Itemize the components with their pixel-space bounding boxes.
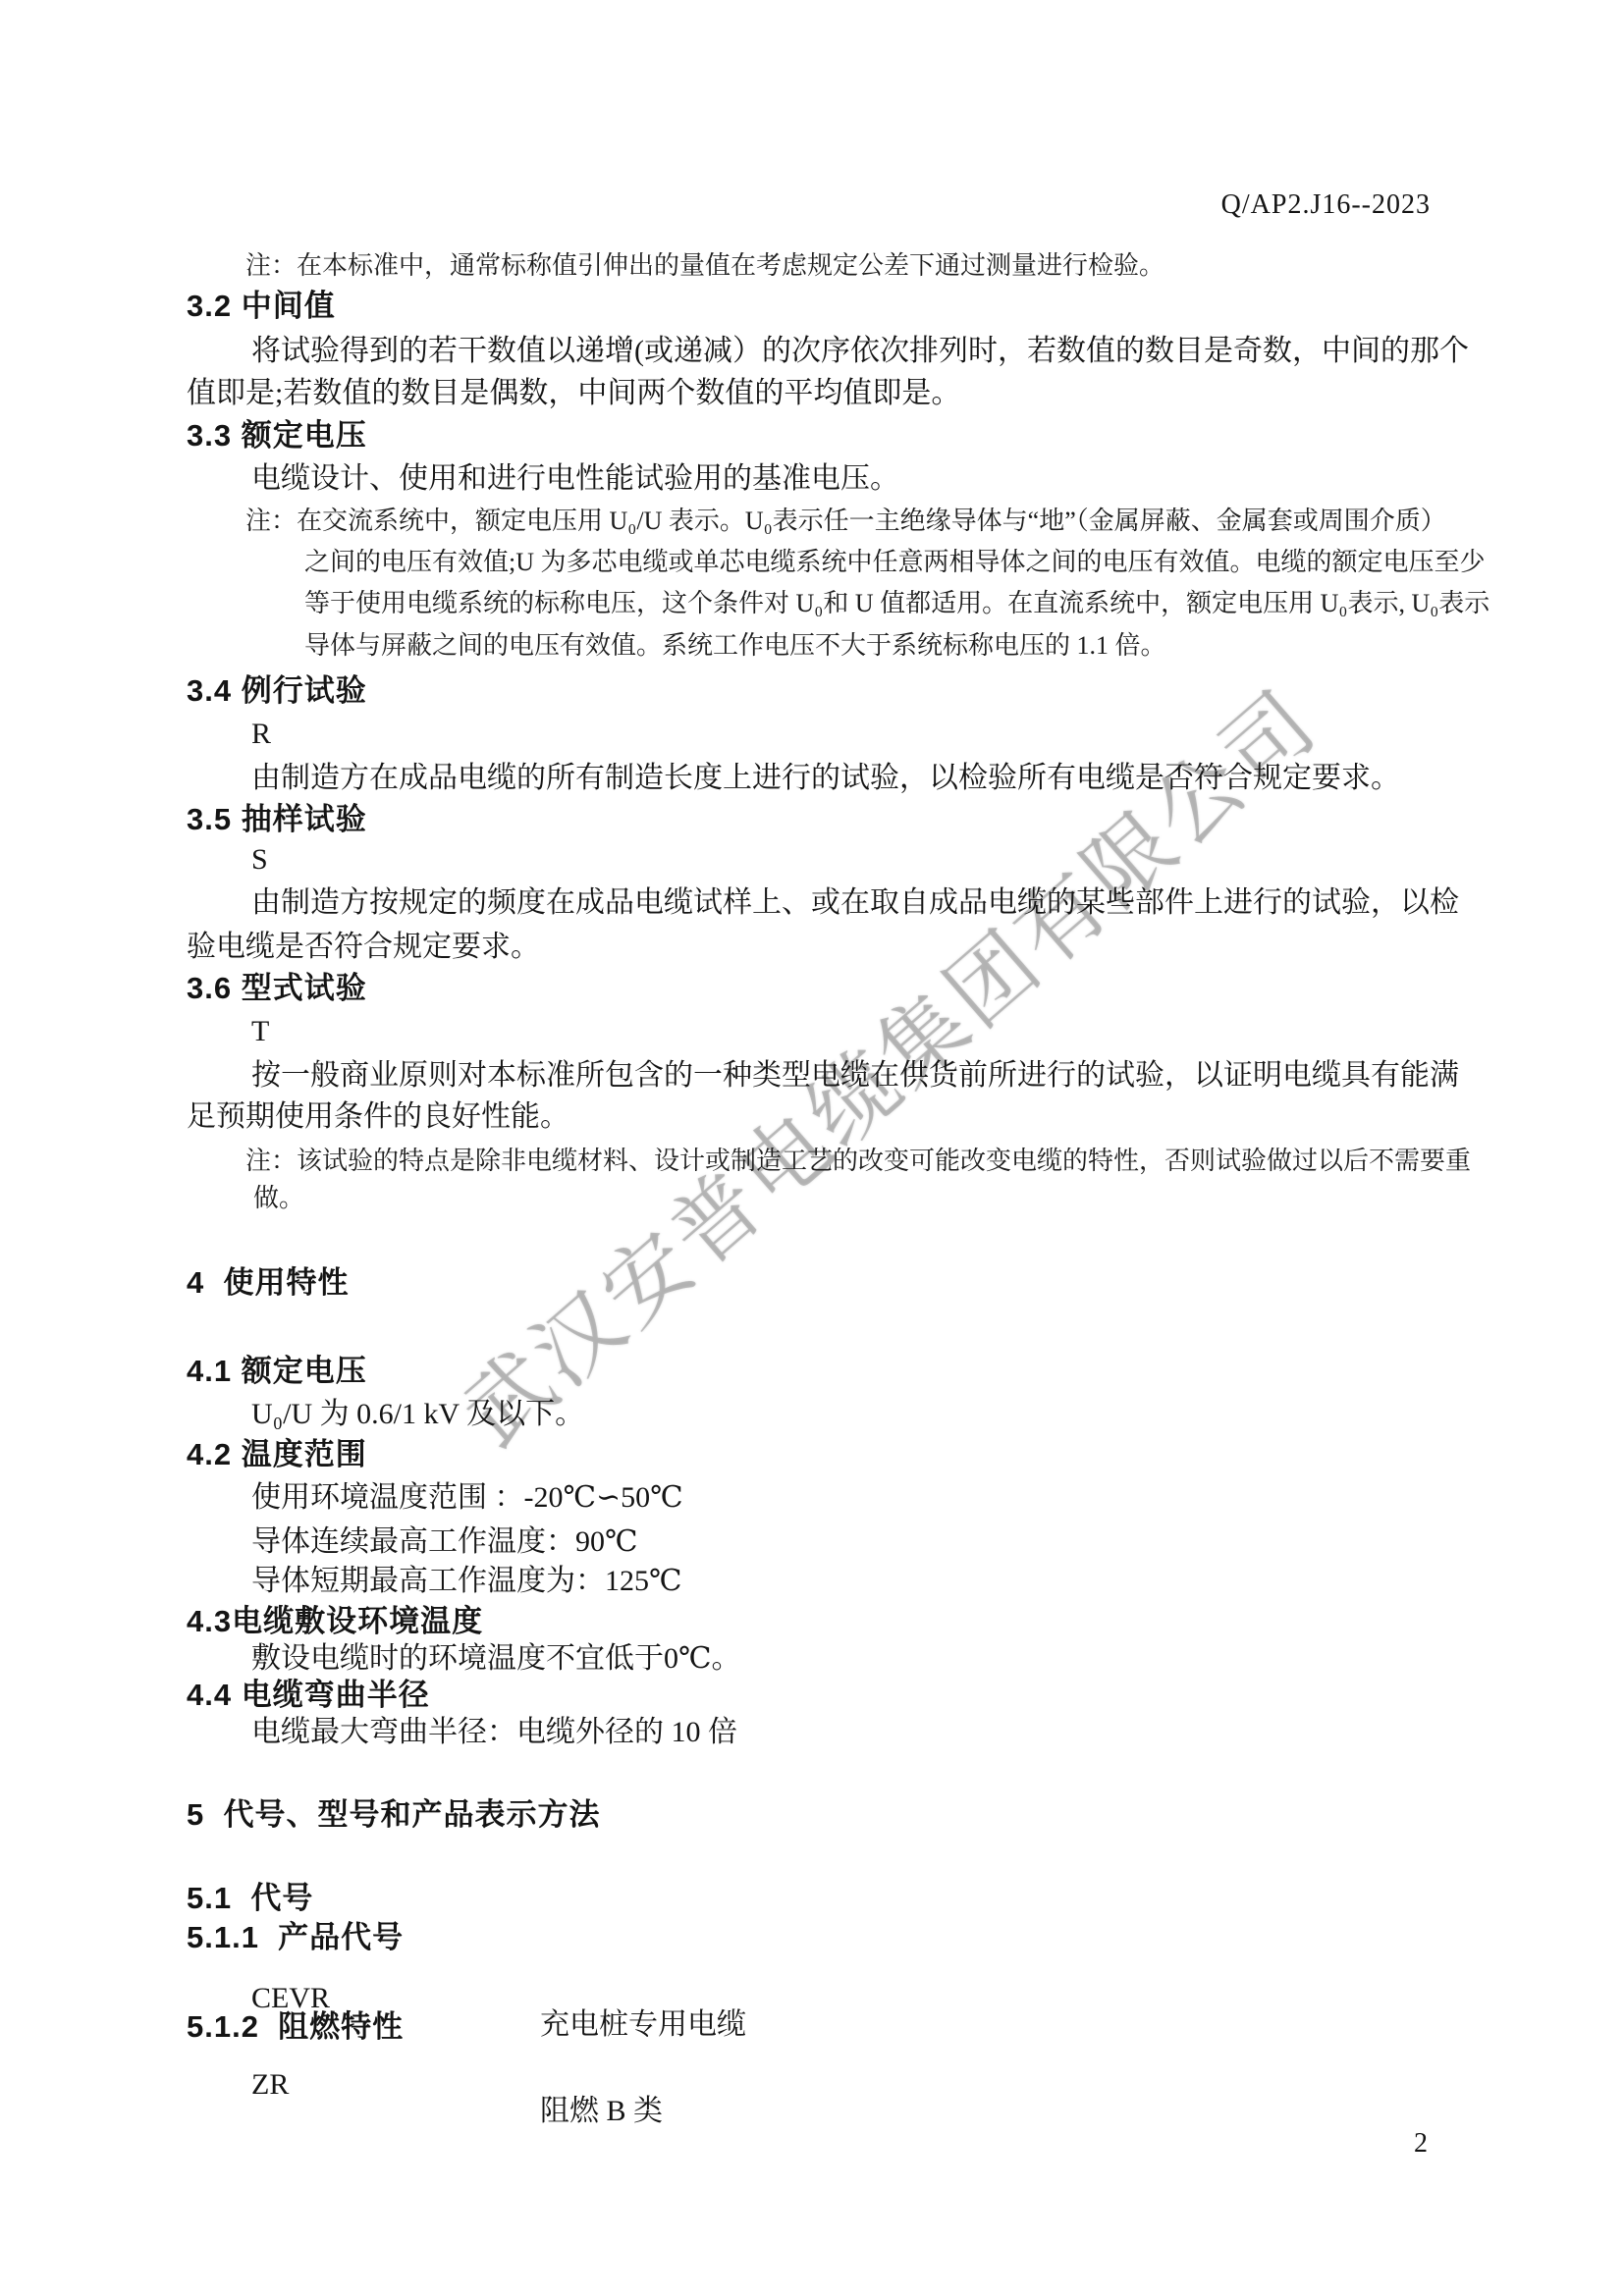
test-symbol-s: S — [251, 841, 268, 878]
section-heading-4-3: 4.3电缆敷设环境温度 — [187, 1603, 483, 1640]
section-heading-3-6: 3.6 型式试验 — [187, 970, 367, 1007]
paragraph-line: 将试验得到的若干数值以递增(或递减）的次序依次排列时，若数值的数目是奇数，中间的… — [251, 333, 1469, 369]
doc-number: Q/AP2.J16--2023 — [1221, 189, 1431, 221]
flame-retardant-code: ZR — [251, 2068, 289, 2102]
note-line: 注：在交流系统中，额定电压用 U₀/U 表示。U₀表示任一主绝缘导体与“地”（金… — [245, 506, 1446, 537]
document-page: Q/AP2.J16--2023 武汉安普电缆集团有限公司 注：在本标准中，通常标… — [0, 0, 1624, 2296]
paragraph-line: 按一般商业原则对本标准所包含的一种类型电缆在供货前所进行的试验，以证明电缆具有能… — [251, 1057, 1459, 1094]
section-heading-5-1-2: 5.1.2 阻燃特性 — [187, 2008, 404, 2046]
chapter-heading-4: 4 使用特性 — [187, 1264, 349, 1302]
chapter-heading-5: 5 代号、型号和产品表示方法 — [187, 1796, 600, 1834]
paragraph-line: 电缆最大弯曲半径：电缆外径的 10 倍 — [251, 1714, 737, 1750]
page-number: 2 — [1414, 2128, 1428, 2160]
note-line: 之间的电压有效值;U 为多芯电缆或单芯电缆系统中任意两相导体之间的电压有效值。电… — [304, 547, 1486, 578]
paragraph-line: 敷设电缆时的环境温度不宜低于0℃。 — [251, 1640, 741, 1677]
note-line: 注：该试验的特点是除非电缆材料、设计或制造工艺的改变可能改变电缆的特性，否则试验… — [245, 1146, 1471, 1177]
paragraph-line: 验电缆是否符合规定要求。 — [187, 929, 540, 965]
section-heading-3-2: 3.2 中间值 — [187, 288, 336, 325]
flame-retardant-code-desc: 阻燃 B 类 — [540, 2086, 663, 2129]
paragraph-line: 足预期使用条件的良好性能。 — [187, 1098, 569, 1135]
paragraph-line: 使用环境温度范围 ：-20℃∽50℃ — [251, 1479, 683, 1516]
paragraph-line: 由制造方按规定的频度在成品电缆试样上、或在取自成品电缆的某些部件上进行的试验，以… — [251, 884, 1459, 921]
section-heading-5-1-1: 5.1.1 产品代号 — [187, 1919, 404, 1956]
product-code-desc: 充电桩专用电缆 — [540, 2000, 746, 2043]
section-heading-4-1: 4.1 额定电压 — [187, 1353, 367, 1390]
section-heading-3-3: 3.3 额定电压 — [187, 417, 367, 454]
note-line: 注：在本标准中，通常标称值引伸出的量值在考虑规定公差下通过测量进行检验。 — [245, 250, 1164, 282]
paragraph-line: U₀/U 为 0.6/1 kV 及以下。 — [251, 1396, 584, 1432]
test-symbol-r: R — [251, 716, 271, 752]
paragraph-line: 由制造方在成品电缆的所有制造长度上进行的试验，以检验所有电缆是否符合规定要求。 — [251, 760, 1400, 796]
paragraph-line: 导体连续最高工作温度：90℃ — [251, 1523, 638, 1560]
section-heading-5-1: 5.1 代号 — [187, 1880, 313, 1917]
note-line: 导体与屏蔽之间的电压有效值。系统工作电压不大于系统标称电压的 1.1 倍。 — [304, 630, 1166, 662]
section-heading-3-4: 3.4 例行试验 — [187, 672, 367, 710]
note-line: 做。 — [253, 1183, 304, 1214]
note-line: 等于使用电缆系统的标称电压，这个条件对 U₀和 U 值都适用。在直流系统中，额定… — [304, 588, 1489, 619]
paragraph-line: 电缆设计、使用和进行电性能试验用的基准电压。 — [251, 460, 899, 497]
section-heading-3-5: 3.5 抽样试验 — [187, 801, 367, 838]
section-heading-4-2: 4.2 温度范围 — [187, 1436, 367, 1473]
paragraph-line: 导体短期最高工作温度为：125℃ — [251, 1563, 682, 1599]
test-symbol-t: T — [251, 1013, 269, 1049]
paragraph-line: 值即是;若数值的数目是偶数，中间两个数值的平均值即是。 — [187, 375, 960, 411]
code-row: ZR 阻燃 B 类 — [0, 2051, 1624, 2121]
section-heading-4-4: 4.4 电缆弯曲半径 — [187, 1677, 430, 1714]
